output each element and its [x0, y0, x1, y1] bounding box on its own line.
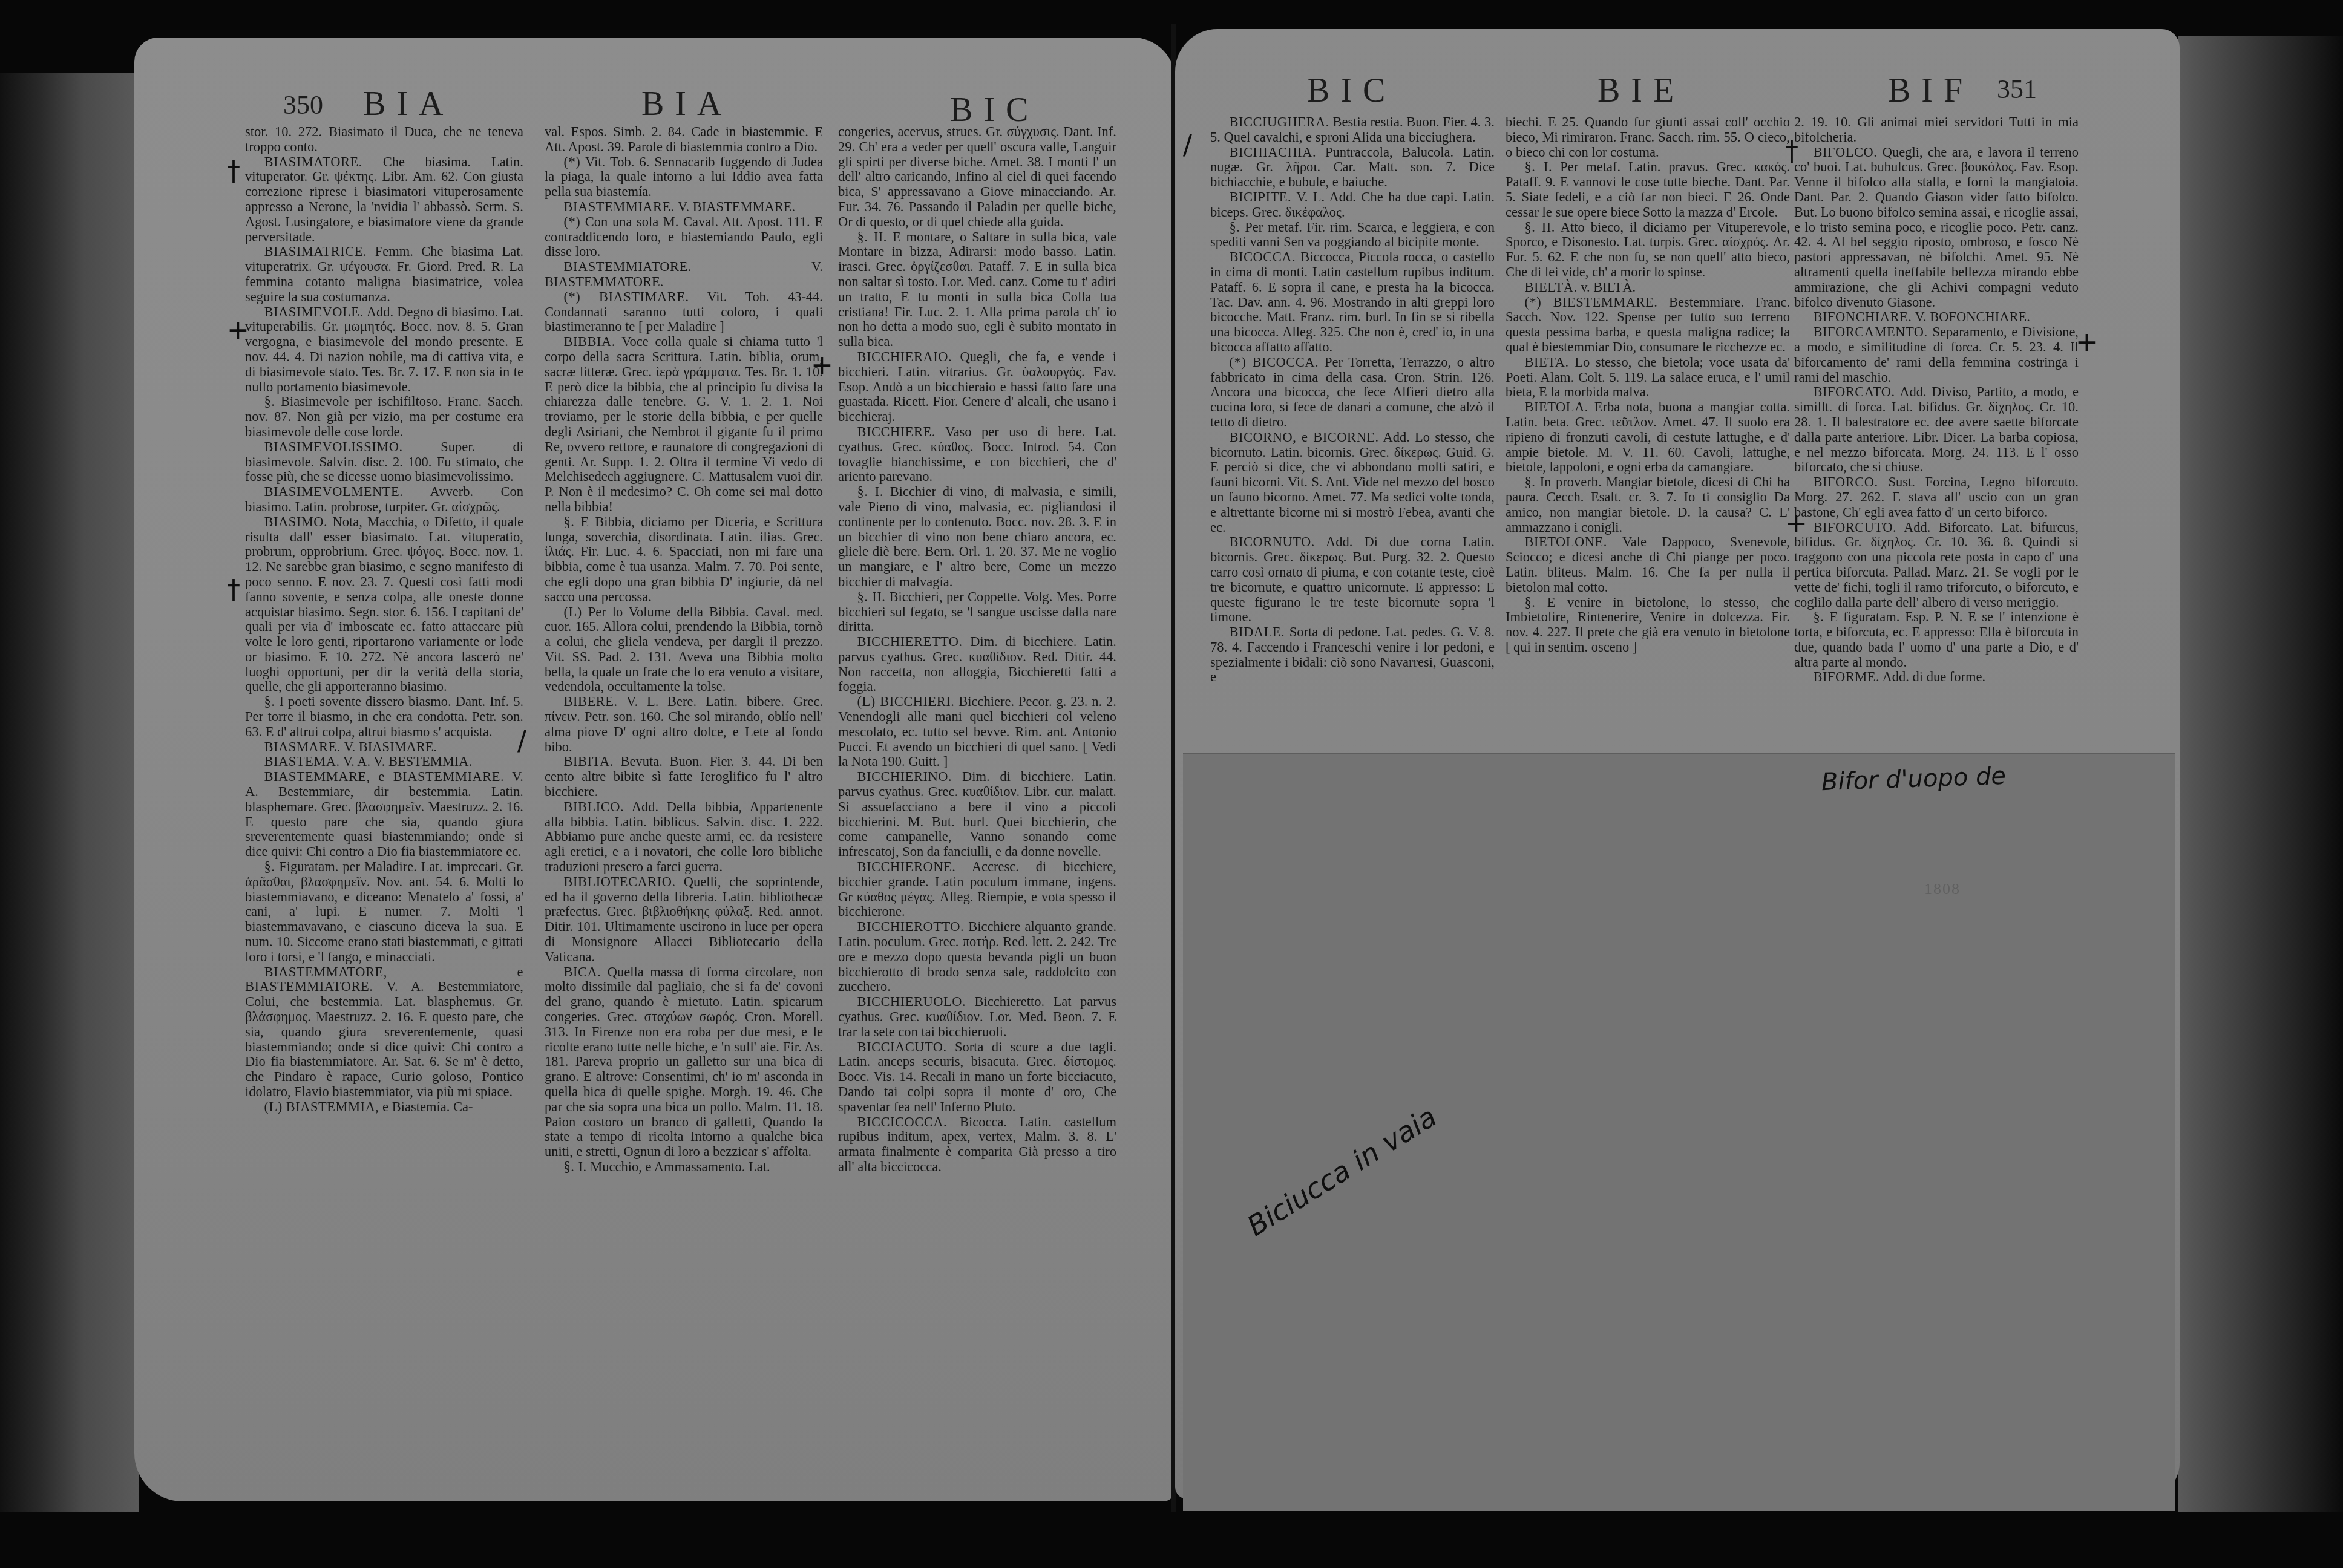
dictionary-entry: biechi. E 25. Quando fur giunti assai co…: [1506, 115, 1790, 160]
entry-text: 2. 19. 10. Gli animai miei servidori Tut…: [1794, 114, 2079, 145]
entry-text: v. BILTÀ.: [1581, 279, 1636, 295]
dictionary-entry: BIFORME. Add. di due forme.: [1794, 670, 2079, 685]
entry-text: e Biastemía. Ca-: [382, 1099, 473, 1114]
page-number-left: 350: [283, 90, 323, 120]
entry-text: Nota, Macchia, o Difetto, il quale risul…: [245, 514, 523, 694]
entry-headword: BICCHIEROTTO.: [857, 919, 965, 934]
dictionary-entry: BIASTEMMATORE, e BIASTEMMIATORE. V. A. B…: [245, 965, 523, 1100]
dictionary-entry: BICCHIERINO. Dim. di bicchiere. Latin. p…: [838, 769, 1116, 860]
dictionary-entry: (*) BICOCCA. Per Torretta, Terrazzo, o a…: [1210, 355, 1495, 430]
dictionary-entry: BIASTEMMIATORE. V. BIASTEMMATORE.: [545, 260, 823, 290]
book-edge-right: [2178, 36, 2343, 1512]
entry-headword: (*): [564, 154, 581, 169]
entry-text: V. A. Bestemmiatore, Colui, che bestemmi…: [245, 979, 523, 1099]
entry-headword: BIFONCHIARE.: [1814, 309, 1912, 324]
entry-headword: (*): [564, 214, 581, 229]
entry-text: E figuratam. Esp. P. N. E se l' intenzio…: [1794, 609, 2079, 669]
dictionary-entry: §. I. Bicchier di vino, di malvasia, e s…: [838, 485, 1116, 590]
dictionary-entry: 2. 19. 10. Gli animai miei servidori Tut…: [1794, 115, 2079, 145]
entry-text: Add. Lo stesso, che bicornuto. Latin. bi…: [1210, 430, 1495, 535]
entry-headword: §.: [264, 394, 275, 409]
dictionary-entry: BIASMARE. V. BIASIMARE.: [245, 740, 523, 755]
entry-headword: §.: [1525, 595, 1536, 610]
entry-headword: BIELTÀ.: [1525, 279, 1578, 295]
column-right-2: biechi. E 25. Quando fur giunti assai co…: [1506, 115, 1790, 655]
dictionary-entry: BIETA. Lo stesso, che bietola; voce usat…: [1506, 355, 1790, 400]
entry-headword: §.: [264, 694, 275, 709]
column-right-1: BICCIUGHERA. Bestia restia. Buon. Fier. …: [1210, 115, 1495, 685]
entry-headword: §. I.: [857, 484, 883, 499]
entry-headword: BICCIACUTO.: [857, 1039, 947, 1054]
entry-headword: §.: [264, 859, 275, 874]
dictionary-entry: BICCHIEROTTO. Bicchiere alquanto grande.…: [838, 920, 1116, 995]
entry-headword: BICIPITE.: [1230, 189, 1292, 204]
entry-headword: (L) BIASTEMMIA,: [264, 1099, 379, 1114]
entry-headword: (L) BICCHIERI.: [857, 694, 955, 709]
entry-text: In proverb. Mangiar bietole, dicesi di C…: [1506, 474, 1790, 534]
dictionary-entry: BICORNO, e BICORNE. Add. Lo stesso, che …: [1210, 430, 1495, 535]
running-head-left-1: BIA: [363, 85, 454, 123]
dictionary-entry: (*) Con una sola M. Caval. Att. Apost. 1…: [545, 215, 823, 260]
dictionary-entry: BICCIACUTO. Sorta di scure a due tagli. …: [838, 1040, 1116, 1115]
dictionary-entry: BIFORCAMENTO. Separamento, e Divisione, …: [1794, 325, 2079, 385]
column-left-1: stor. 10. 272. Biasimato il Duca, che ne…: [245, 125, 523, 1115]
entry-headword: BIFORCUTO.: [1814, 520, 1897, 535]
dictionary-entry: BICCHIERETTO. Dim. di bicchiere. Latin. …: [838, 635, 1116, 694]
dictionary-entry: (L) Per lo Volume della Bibbia. Caval. m…: [545, 605, 823, 695]
entry-headword: BIASIMATORE.: [264, 154, 362, 169]
dictionary-entry: val. Espos. Simb. 2. 84. Cade in biastem…: [545, 125, 823, 155]
entry-headword: BICA.: [564, 964, 601, 979]
dictionary-entry: BICCICOCCA. Bicocca. Latin. castellum ru…: [838, 1115, 1116, 1175]
entry-headword: BIBERE.: [564, 694, 618, 709]
entry-text: E Bibbia, diciamo per Diceria, e Scrittu…: [545, 514, 823, 604]
margin-mark-plus: +: [2076, 327, 2098, 358]
running-head-left-2: BIA: [641, 85, 732, 123]
entry-text: stor. 10. 272. Biasimato il Duca, che ne…: [245, 124, 523, 154]
column-left-3: congeries, acervus, strues. Gr. σύγχυσις…: [838, 125, 1116, 1175]
book-edge-left: [0, 73, 139, 1512]
column-left-2: val. Espos. Simb. 2. 84. Cade in biastem…: [545, 125, 823, 1175]
dictionary-entry: BIBBIA. Voce colla quale si chiama tutto…: [545, 335, 823, 515]
entry-headword: BIASIMATRICE.: [264, 244, 367, 259]
dictionary-entry: §. I poeti sovente dissero biasmo. Dant.…: [245, 694, 523, 739]
entry-headword: BIFORME.: [1814, 669, 1880, 684]
entry-headword: §.: [1525, 474, 1536, 489]
dictionary-entry: BICHIACHIA. Puntraccola, Balucola. Latin…: [1210, 145, 1495, 190]
entry-headword: BIASTEMMIARE.: [564, 199, 675, 214]
dictionary-entry: BIETOLONE. Vale Dappoco, Svenevole, Scio…: [1506, 535, 1790, 595]
entry-headword: BIBBIA.: [564, 334, 615, 349]
entry-headword: BIBLIOTECARIO.: [564, 874, 676, 889]
entry-headword: §. II.: [1525, 220, 1555, 235]
entry-headword: §. I.: [1525, 159, 1553, 174]
entry-headword: §.: [564, 514, 575, 529]
entry-headword: BICCHIERINO.: [857, 769, 952, 784]
entry-headword: BIASTEMMARE, e BIASTEMMIARE.: [264, 769, 505, 784]
dictionary-entry: BIFOLCO. Quegli, che ara, e lavora il te…: [1794, 145, 2079, 310]
dictionary-entry: §. In proverb. Mangiar bietole, dicesi d…: [1506, 475, 1790, 535]
entry-text: Bicchier di vino, di malvasia, e simili,…: [838, 484, 1116, 589]
entry-text: V. BIASIMARE.: [344, 739, 437, 754]
entry-headword: (*) BICOCCA.: [1230, 354, 1319, 370]
dictionary-entry: BIFORCATO. Add. Diviso, Partito, a modo,…: [1794, 385, 2079, 475]
entry-headword: BIASIMEVOLE.: [264, 304, 364, 319]
entry-text: Mucchio, e Ammassamento. Lat.: [590, 1159, 770, 1174]
entry-headword: BICCHIERE.: [857, 424, 936, 439]
dictionary-entry: BIASIMO. Nota, Macchia, o Difetto, il qu…: [245, 515, 523, 695]
entry-headword: BIASTEMMIATORE.: [564, 259, 692, 274]
dictionary-entry: BIASIMEVOLMENTE. Avverb. Con biasimo. La…: [245, 485, 523, 515]
dictionary-entry: BICOCCA. Biccocca, Piccola rocca, o cast…: [1210, 250, 1495, 355]
entry-headword: BICCIUGHERA.: [1230, 114, 1329, 129]
entry-text: congeries, acervus, strues. Gr. σύγχυσις…: [838, 124, 1116, 229]
entry-headword: BIBLICO.: [564, 799, 624, 814]
margin-mark-plus: +: [811, 350, 833, 381]
dictionary-entry: BIFORCUTO. Add. Biforcato. Lat. bifurcus…: [1794, 520, 2079, 610]
entry-headword: BIFOLCO.: [1814, 145, 1878, 160]
entry-text: Figuratam. per Maladire. Lat. imprecari.…: [245, 859, 523, 964]
dictionary-entry: BIBLICO. Add. Della bibbia, Appartenente…: [545, 800, 823, 875]
entry-text: Vit. Tob. 6. Sennacarib fuggendo di Jude…: [545, 154, 823, 200]
dictionary-entry: §. II. Atto bieco, il diciamo per Vitupe…: [1506, 220, 1790, 280]
dictionary-entry: BICCHIERUOLO. Bicchieretto. Lat parvus c…: [838, 995, 1116, 1039]
dictionary-entry: BICCHIERE. Vaso per uso di bere. Lat. cy…: [838, 425, 1116, 485]
entry-headword: (L): [564, 604, 582, 619]
margin-mark-plus: +: [227, 315, 249, 345]
dictionary-entry: BIFONCHIARE. V. BOFONCHIARE.: [1794, 310, 2079, 325]
dictionary-entry: BICCHIERONE. Accresc. di bicchiere, bicc…: [838, 860, 1116, 920]
entry-text: E venire in bietolone, lo stesso, che Im…: [1506, 595, 1790, 655]
dictionary-entry: §. E Bibbia, diciamo per Diceria, e Scri…: [545, 515, 823, 605]
entry-text: Biccocca, Piccola rocca, o castello in c…: [1210, 249, 1495, 354]
entry-headword: BICCHIERONE.: [857, 859, 956, 874]
dictionary-entry: §. Per metaf. Fir. rim. Scarca, e leggie…: [1210, 220, 1495, 250]
entry-headword: BIETOLONE.: [1525, 534, 1607, 549]
running-head-right-1: BIC: [1307, 71, 1396, 110]
entry-headword: BIASMARE.: [264, 739, 341, 754]
dictionary-entry: BICORNUTO. Add. Di due corna Latin. bico…: [1210, 535, 1495, 625]
dictionary-entry: BICA. Quella massa di forma circolare, n…: [545, 965, 823, 1160]
entry-headword: BIETOLA.: [1525, 399, 1588, 414]
entry-text: V. BOFONCHIARE.: [1915, 309, 2030, 324]
dictionary-entry: (*) BIESTEMMARE. Bestemmiare. Franc. Sac…: [1506, 295, 1790, 355]
entry-text: Voce colla quale si chiama tutto 'l corp…: [545, 334, 823, 514]
dictionary-entry: BIASTEMMIARE. V. BIASTEMMARE.: [545, 200, 823, 215]
entry-headword: BICCHIERETTO.: [857, 634, 963, 649]
margin-mark-slash: /: [517, 726, 526, 757]
entry-headword: BICCICOCCA.: [857, 1114, 948, 1129]
dictionary-entry: BIASIMEVOLISSIMO. Super. di biasimevole.…: [245, 440, 523, 485]
entry-headword: BIBITA.: [564, 754, 614, 769]
entry-headword: §. II.: [857, 589, 886, 604]
entry-headword: BIASIMO.: [264, 514, 328, 529]
dictionary-entry: BIFORCO. Sust. Forcina, Legno biforcuto.…: [1794, 475, 2079, 520]
entry-text: Quella massa di forma circolare, non mol…: [545, 964, 823, 1160]
entry-headword: BICORNO, e BICORNE.: [1230, 430, 1379, 445]
entry-headword: §.: [1814, 609, 1824, 624]
entry-text: Per metaf. Fir. rim. Scarca, e leggiera,…: [1210, 220, 1495, 250]
entry-headword: BICORNUTO.: [1230, 534, 1315, 549]
bleedthrough-text: 1808: [1924, 880, 1961, 898]
margin-mark-dagger: †: [227, 156, 240, 187]
dictionary-entry: (L) BICCHIERI. Bicchiere. Pecor. g. 23. …: [838, 694, 1116, 769]
dictionary-entry: (L) BIASTEMMIA, e Biastemía. Ca-: [245, 1100, 523, 1115]
dictionary-entry: BIASIMEVOLE. Add. Degno di biasimo. Lat.…: [245, 305, 523, 395]
entry-headword: (*) BIASTIMARE.: [564, 289, 689, 304]
entry-headword: BICCHIERAIO.: [857, 349, 952, 364]
dictionary-entry: §. I. Mucchio, e Ammassamento. Lat.: [545, 1160, 823, 1175]
margin-mark-dagger: †: [227, 575, 240, 606]
page-number-right: 351: [1997, 74, 2037, 105]
dictionary-entry: BICCIUGHERA. Bestia restia. Buon. Fier. …: [1210, 115, 1495, 145]
entry-text: Add. di due forme.: [1883, 669, 1986, 684]
column-right-3: 2. 19. 10. Gli animai miei servidori Tut…: [1794, 115, 2079, 685]
entry-headword: BICOCCA.: [1230, 249, 1296, 264]
margin-mark-dagger: †: [1785, 136, 1798, 167]
running-head-right-2: BIE: [1597, 71, 1685, 110]
dictionary-entry: (*) BIASTIMARE. Vit. Tob. 43-44. Condann…: [545, 290, 823, 335]
dictionary-entry: BICCHIERAIO. Quegli, che fa, e vende i b…: [838, 350, 1116, 425]
dictionary-entry: (*) Vit. Tob. 6. Sennacarib fuggendo di …: [545, 155, 823, 200]
entry-headword: §. II.: [857, 229, 887, 244]
entry-headword: BIASIMEVOLMENTE.: [264, 484, 404, 499]
entry-text: Per lo Volume della Bibbia. Caval. med. …: [545, 604, 823, 694]
dictionary-entry: BIASTEMA. V. A. V. BESTEMMIA.: [245, 754, 523, 769]
dictionary-entry: BIASTEMMARE, e BIASTEMMIARE. V. A. Beste…: [245, 769, 523, 860]
entry-text: I poeti sovente dissero biasmo. Dant. In…: [245, 694, 523, 739]
entry-text: biechi. E 25. Quando fur giunti assai co…: [1506, 114, 1790, 160]
dictionary-entry: §. E figuratam. Esp. P. N. E se l' inten…: [1794, 610, 2079, 670]
margin-mark-plus: +: [1785, 508, 1807, 539]
dictionary-entry: §. Figuratam. per Maladire. Lat. impreca…: [245, 860, 523, 965]
entry-headword: BIFORCO.: [1814, 474, 1878, 489]
entry-headword: BIDALE.: [1230, 624, 1285, 639]
dictionary-entry: BIETOLA. Erba nota, buona a mangiar cott…: [1506, 400, 1790, 475]
entry-text: Biasimevole per ischifiltoso. Franc. Sac…: [245, 394, 523, 439]
dictionary-entry: stor. 10. 272. Biasimato il Duca, che ne…: [245, 125, 523, 155]
dictionary-entry: BIELTÀ. v. BILTÀ.: [1506, 280, 1790, 295]
dictionary-entry: §. Biasimevole per ischifiltoso. Franc. …: [245, 394, 523, 439]
dictionary-entry: §. I. Per metaf. Latin. pravus. Grec. κα…: [1506, 160, 1790, 220]
entry-headword: §. I.: [564, 1159, 587, 1174]
dictionary-entry: BIASIMATORE. Che biasima. Latin. vituper…: [245, 155, 523, 245]
dictionary-entry: BIASIMATRICE. Femm. Che biasima Lat. vit…: [245, 244, 523, 304]
entry-text: V. BIASTEMMARE.: [678, 199, 795, 214]
entry-text: Con una sola M. Caval. Att. Apost. 111. …: [545, 214, 823, 260]
dictionary-entry: §. E venire in bietolone, lo stesso, che…: [1506, 595, 1790, 655]
dictionary-entry: BIBLIOTECARIO. Quelli, che soprintende, …: [545, 875, 823, 965]
dictionary-entry: §. II. E montare, o Saltare in sulla bic…: [838, 230, 1116, 350]
entry-headword: BICCHIERUOLO.: [857, 994, 966, 1009]
entry-headword: BIASTEMA.: [264, 754, 340, 769]
pasted-paper-slip: [1183, 753, 2175, 1511]
entry-headword: (*) BIESTEMMARE.: [1525, 295, 1658, 310]
dictionary-entry: BICIPITE. V. L. Add. Che ha due capi. La…: [1210, 190, 1495, 220]
entry-text: E montare, o Saltare in sulla bica, vale…: [838, 229, 1116, 350]
entry-headword: BIFORCATO.: [1814, 384, 1895, 399]
entry-headword: §.: [1230, 220, 1240, 235]
dictionary-entry: BIBERE. V. L. Bere. Latin. bibere. Grec.…: [545, 694, 823, 754]
entry-text: V. A. V. BESTEMMIA.: [343, 754, 472, 769]
dictionary-entry: BIBITA. Bevuta. Buon. Fier. 3. 44. Di be…: [545, 754, 823, 799]
entry-headword: BICHIACHIA.: [1230, 145, 1317, 160]
margin-mark-slash: /: [1183, 130, 1192, 161]
running-head-right-3: BIF: [1888, 71, 1973, 110]
entry-text: Quegli, che ara, e lavora il terreno co'…: [1794, 145, 2079, 310]
dictionary-entry: §. II. Bicchieri, per Coppette. Volg. Me…: [838, 590, 1116, 635]
entry-headword: BIETA.: [1525, 354, 1569, 370]
entry-headword: BIFORCAMENTO.: [1814, 324, 1928, 339]
dictionary-entry: congeries, acervus, strues. Gr. σύγχυσις…: [838, 125, 1116, 230]
entry-text: val. Espos. Simb. 2. 84. Cade in biastem…: [545, 124, 823, 154]
dictionary-entry: BIDALE. Sorta di pedone. Lat. pedes. G. …: [1210, 625, 1495, 685]
entry-headword: BIASIMEVOLISSIMO.: [264, 439, 403, 454]
